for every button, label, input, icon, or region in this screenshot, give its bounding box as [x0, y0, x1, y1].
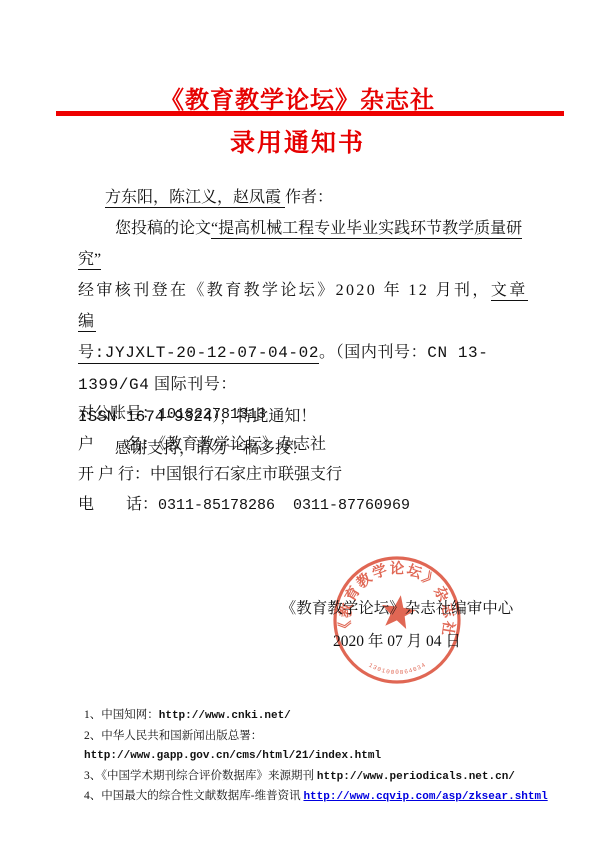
line2-prefix: 您投稿的论文 — [115, 220, 211, 237]
author-names: 方东阳，陈江义，赵凤霞 — [105, 189, 285, 208]
paper-title-line: 您投稿的论文“提高机械工程专业毕业实践环节教学质量研究” — [78, 213, 534, 275]
account-label: 户 名： — [78, 436, 158, 453]
footer-url: http://www.periodicals.net.cn/ — [317, 771, 515, 783]
account-label: 对公账号： — [78, 405, 158, 422]
footer-database-list: 1、中国知网：http://www.cnki.net/ 2、中华人民共和国新闻出… — [84, 706, 554, 808]
footer-label: 1、中国知网： — [84, 709, 159, 721]
account-value: 0311-85178286 0311-87760969 — [158, 497, 410, 514]
account-value: 101822781313 — [158, 406, 266, 423]
footer-url: http://www.cnki.net/ — [159, 710, 291, 722]
account-value: 中国银行石家庄市联强支行 — [150, 466, 342, 483]
footer-url: http://www.gapp.gov.cn/cms/html/21/index… — [84, 750, 381, 762]
article-number-line: 号:JYJXLT-20-12-07-04-02。（国内刊号：CN 13-1399… — [78, 337, 534, 401]
publication-line: 经审核刊登在《教育教学论坛》2020 年 12 月刊，文章编 — [78, 275, 534, 337]
footer-label: 3、《中国学术期刊综合评价数据库》来源期刊 — [84, 770, 317, 782]
account-label: 开 户 行： — [78, 466, 150, 483]
page-title: 录用通知书 — [0, 123, 595, 159]
account-row-phone: 电 话：0311-85178286 0311-87760969 — [78, 490, 538, 521]
signature-date: 2020 年 07 月 04 日 — [272, 625, 522, 658]
footer-item-cnki: 1、中国知网：http://www.cnki.net/ — [84, 706, 554, 727]
journal-org-title: 《教育教学论坛》杂志社 — [0, 80, 595, 115]
seal-serial-number: 1301000864034 — [367, 661, 427, 676]
account-label: 电 话： — [78, 496, 158, 513]
salutation-line: 方东阳，陈江义，赵凤霞 作者： — [78, 182, 534, 213]
signature-org: 《教育教学论坛》杂志社编审中心 — [272, 592, 522, 625]
footer-item-gapp: 2、中华人民共和国新闻出版总署：http://www.gapp.gov.cn/c… — [84, 727, 554, 767]
line4-seg1: 。（国内刊号： — [319, 344, 427, 361]
footer-label: 2、中华人民共和国新闻出版总署： — [84, 730, 262, 742]
line4-seg2: 国际刊号： — [149, 376, 237, 393]
salutation-suffix: 作者： — [285, 189, 333, 206]
account-row-name: 户 名：《教育教学论坛》杂志社 — [78, 430, 538, 460]
footer-label: 4、中国最大的综合性文献数据库-维普资讯 — [84, 790, 303, 802]
article-number: 号:JYJXLT-20-12-07-04-02 — [78, 344, 319, 364]
footer-item-periodicals: 3、《中国学术期刊综合评价数据库》来源期刊 http://www.periodi… — [84, 767, 554, 788]
cqvip-link[interactable]: http://www.cqvip.com/asp/zksear.shtml — [303, 791, 547, 803]
header-divider-rule — [56, 111, 564, 116]
acceptance-letter-page: 《教育教学论坛》杂志社 录用通知书 方东阳，陈江义，赵凤霞 作者： 您投稿的论文… — [0, 0, 595, 842]
account-row-number: 对公账号：101822781313 — [78, 399, 538, 430]
footer-item-cqvip: 4、中国最大的综合性文献数据库-维普资讯 http://www.cqvip.co… — [84, 787, 554, 808]
account-row-bank: 开 户 行：中国银行石家庄市联强支行 — [78, 460, 538, 490]
line3-prefix: 经审核刊登在《教育教学论坛》2020 年 12 月刊， — [78, 282, 491, 299]
account-value: 《教育教学论坛》杂志社 — [158, 436, 326, 453]
bank-account-block: 对公账号：101822781313 户 名：《教育教学论坛》杂志社 开 户 行：… — [78, 399, 538, 521]
signature-block: 《教育教学论坛》杂志社编审中心 2020 年 07 月 04 日 — [272, 592, 522, 658]
